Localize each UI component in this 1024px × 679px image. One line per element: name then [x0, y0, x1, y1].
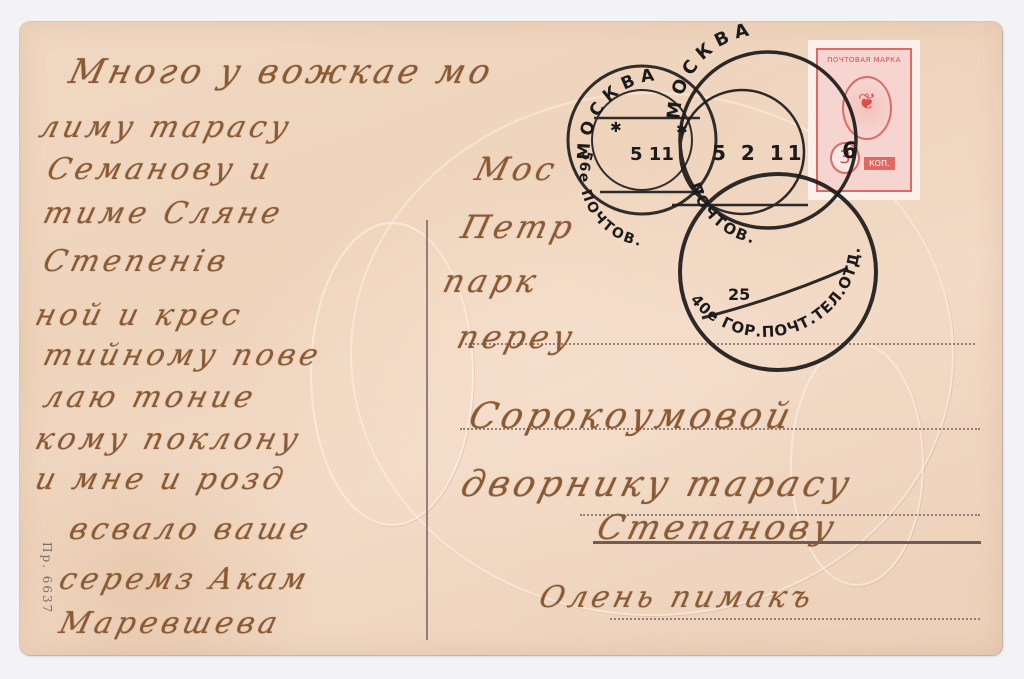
address-line-text: Степанову [593, 508, 842, 548]
stamp-emblem: ❦ [842, 76, 892, 140]
address-line-text: Олень пимакъ [536, 580, 819, 615]
message-line: и мне и розд [32, 462, 291, 497]
message-line: Маревшева [56, 606, 285, 641]
address-line-text: Сорокоумовой [465, 396, 799, 437]
stamp-value: 3 [830, 142, 860, 174]
address-line-text: переу [453, 318, 580, 356]
message-line: Степенів [40, 244, 234, 279]
printer-mark: Пр. 6637 [40, 542, 54, 614]
message-line: лаю тоние [40, 380, 261, 415]
message-line: всвало ваше [66, 512, 317, 547]
address-line-text: Петр [457, 208, 580, 246]
message-line: ной и крес [32, 298, 248, 333]
message-line: лиму тарасу [36, 110, 297, 145]
message-line: кому поклону [32, 422, 306, 457]
stamp-design: ПОЧТОВАЯ МАРКА ❦ 3 КОП. [816, 48, 912, 192]
stamp-unit: КОП. [864, 157, 895, 170]
postage-stamp: ПОЧТОВАЯ МАРКА ❦ 3 КОП. [808, 40, 920, 200]
message-line: Много у вожкае мо [65, 52, 499, 92]
address-line-text: Мос [471, 150, 562, 188]
vertical-divider [426, 220, 428, 640]
message-line: Семанову и [44, 152, 278, 187]
address-line [610, 618, 980, 620]
message-line: тиме Сляне [40, 196, 288, 231]
address-line-text: дворнику тарасу [457, 464, 858, 505]
message-line: серемз Акам [56, 562, 314, 597]
stamp-header: ПОЧТОВАЯ МАРКА [818, 56, 910, 64]
message-line: тийному пове [40, 338, 326, 373]
address-line-text: парк [439, 262, 544, 300]
double-headed-eagle-icon: ❦ [844, 92, 890, 114]
